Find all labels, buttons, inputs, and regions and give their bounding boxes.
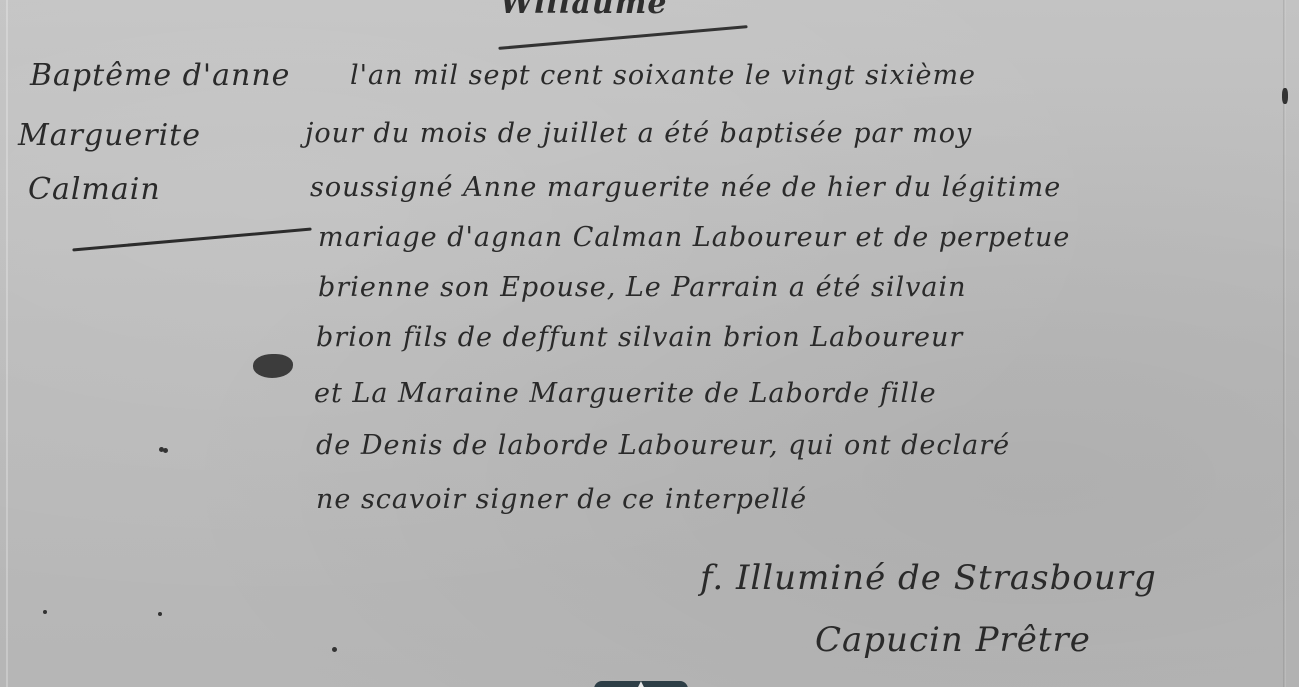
ink-speck	[332, 647, 337, 652]
body-line: de Denis de laborde Laboureur, qui ont d…	[316, 430, 1010, 461]
body-line: l'an mil sept cent soixante le vingt six…	[350, 60, 976, 91]
margin-note-line: Marguerite	[18, 118, 201, 153]
ink-speck	[1282, 88, 1288, 104]
body-line: brion fils de deffunt silvain brion Labo…	[316, 322, 963, 353]
ink-speck	[159, 447, 164, 452]
panel-toggle-button[interactable]: ▲	[594, 681, 688, 687]
chevron-up-icon: ▲	[638, 681, 645, 687]
body-line: mariage d'agnan Calman Laboureur et de p…	[318, 222, 1070, 253]
margin-note-line: Calmain	[28, 172, 161, 207]
signature-line: Capucin Prêtre	[815, 620, 1091, 660]
body-line: et La Maraine Marguerite de Laborde fill…	[314, 378, 937, 409]
body-line: brienne son Epouse, Le Parrain a été sil…	[318, 272, 967, 303]
ink-speck	[43, 610, 47, 614]
body-line: ne scavoir signer de ce interpellé	[316, 484, 807, 515]
body-line: jour du mois de juillet a été baptisée p…	[305, 118, 972, 149]
page-edge-left	[6, 0, 8, 687]
ink-speck	[158, 612, 162, 616]
body-line: soussigné Anne marguerite née de hier du…	[310, 172, 1061, 203]
record-header-name: Willaume	[500, 0, 667, 21]
document-page: Willaume Baptême d'anne Marguerite Calma…	[0, 0, 1299, 687]
margin-flourish	[72, 228, 311, 252]
signature-line: f. Illuminé de Strasbourg	[700, 558, 1157, 598]
margin-note-line: Baptême d'anne	[30, 58, 290, 93]
ink-blot	[253, 354, 293, 378]
header-underline	[498, 25, 747, 50]
